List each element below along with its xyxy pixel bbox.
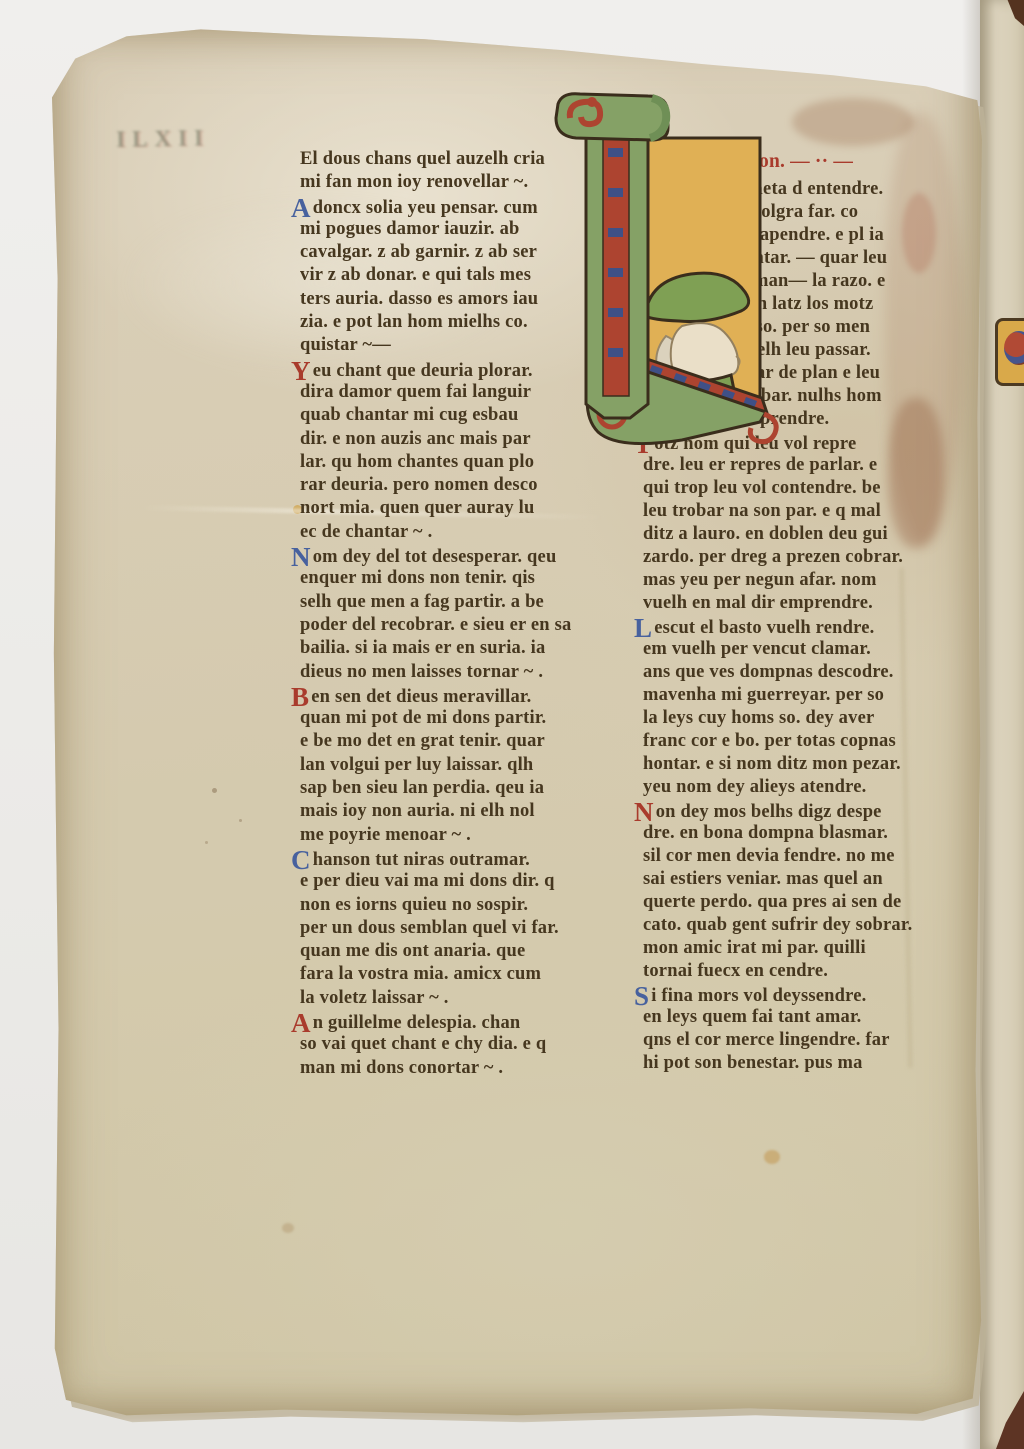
text-line: e per dieu vai ma mi dons dir. q — [300, 870, 632, 893]
text-line: dieus no men laisses tornar ~ . — [300, 661, 632, 684]
stanza: Nom dey del tot desesperar. qeuenquer mi… — [300, 544, 632, 684]
text-line: sap ben sieu lan perdia. qeu ia — [300, 777, 632, 800]
text-line: la leys cuy homs so. dey aver — [643, 707, 973, 730]
text-line: vuelh en mal dir emprendre. — [643, 592, 973, 615]
text-line: qns el cor merce lingendre. far — [643, 1029, 973, 1052]
manuscript-photo: ILXII El dous chans quel auzelh criami f… — [0, 0, 1024, 1449]
text-line: Chanson tut niras outramar. — [300, 847, 632, 870]
text-line: dre. en bona dompna blasmar. — [643, 822, 973, 845]
text-line: me poyrie menoar ~ . — [300, 824, 632, 847]
text-line: Si fina mors vol deyssendre. — [643, 983, 973, 1006]
stanza: Ben sen det dieus meravillar.quan mi pot… — [300, 684, 632, 847]
text-line: fara la vostra mia. amicx cum — [300, 963, 632, 986]
text-line: bailia. si ia mais er en suria. ia — [300, 637, 632, 660]
stain — [764, 1150, 780, 1164]
text-line: so vai quet chant e chy dia. e q — [300, 1033, 632, 1056]
stanza: Si fina mors vol deyssendre.en leys quem… — [643, 983, 973, 1075]
text-line: rar deuria. pero nomen desco — [300, 474, 632, 497]
stanza: Non dey mos belhs digz despedre. en bona… — [643, 799, 973, 983]
text-line: poder del recobrar. e sieu er en sa — [300, 614, 632, 637]
stain — [212, 788, 217, 793]
text-line: Non dey mos belhs digz despe — [643, 799, 973, 822]
text-line: tornai fuecx en cendre. — [643, 960, 973, 983]
text-line: enquer mi dons non tenir. qis — [300, 567, 632, 590]
stanza: Chanson tut niras outramar.e per dieu va… — [300, 847, 632, 1010]
text-line: en leys quem fai tant amar. — [643, 1006, 973, 1029]
parchment-page: ILXII El dous chans quel auzelh criami f… — [52, 28, 982, 1418]
text-line: lan volgui per luy laissar. qlh — [300, 754, 632, 777]
text-line: Nom dey del tot desesperar. qeu — [300, 544, 632, 567]
text-line: non es iorns quieu no sospir. — [300, 894, 632, 917]
text-line: mon amic irat mi par. quilli — [643, 937, 973, 960]
text-line: franc cor e bo. per totas copnas — [643, 730, 973, 753]
text-line: hontar. e si nom ditz mon pezar. — [643, 753, 973, 776]
text-line: querte perdo. qua pres ai sen de — [643, 891, 973, 914]
text-line: hi pot son benestar. pus ma — [643, 1052, 973, 1075]
text-line: Ben sen det dieus meravillar. — [300, 684, 632, 707]
folio-inscription-faded: ILXII — [116, 125, 210, 153]
text-line: ans que ves dompnas descodre. — [643, 661, 973, 684]
text-line: zardo. per dreg a prezen cobrar. — [643, 546, 973, 569]
text-line: man— la razo. e — [753, 270, 973, 293]
text-line: Lescut el basto vuelh rendre. — [643, 615, 973, 638]
text-line: per un dous semblan quel vi far. — [300, 917, 632, 940]
stanza: An guillelme delespia. chanso vai quet c… — [300, 1010, 632, 1080]
stain — [792, 98, 914, 146]
text-line: quan mi pot de mi dons partir. — [300, 707, 632, 730]
text-line: nort mia. quen quer auray lu — [300, 497, 632, 520]
text-line: mavenha mi guerreyar. per so — [643, 684, 973, 707]
text-line: ditz a lauro. en doblen deu gui — [643, 523, 973, 546]
text-line: yeu nom dey alieys atendre. — [643, 776, 973, 799]
next-folio-initial-fragment — [995, 318, 1024, 386]
stanza: Lescut el basto vuelh rendre.em vuelh pe… — [643, 615, 973, 799]
text-line: cato. quab gent sufrir dey sobrar. — [643, 914, 973, 937]
text-line: An guillelme delespia. chan — [300, 1010, 632, 1033]
text-line: man mi dons conortar ~ . — [300, 1057, 632, 1080]
text-line: qui trop leu vol contendre. be — [643, 477, 973, 500]
text-line: em vuelh per vencut clamar. — [643, 638, 973, 661]
illuminated-initial-L — [548, 88, 783, 463]
text-line: quan me dis ont anaria. que — [300, 940, 632, 963]
text-line: la voletz laissar ~ . — [300, 987, 632, 1010]
text-line: e be mo det en grat tenir. quar — [300, 730, 632, 753]
text-line: sil cor men devia fendre. no me — [643, 845, 973, 868]
text-line: selh que men a fag partir. a be — [300, 591, 632, 614]
text-line: leu trobar na son par. e q mal — [643, 500, 973, 523]
text-line: ec de chantar ~ . — [300, 521, 632, 544]
text-line: mas yeu per negun afar. nom — [643, 569, 973, 592]
stain — [282, 1223, 294, 1233]
text-line: mais ioy non auria. ni elh nol — [300, 800, 632, 823]
text-line: sai estiers veniar. mas quel an — [643, 868, 973, 891]
